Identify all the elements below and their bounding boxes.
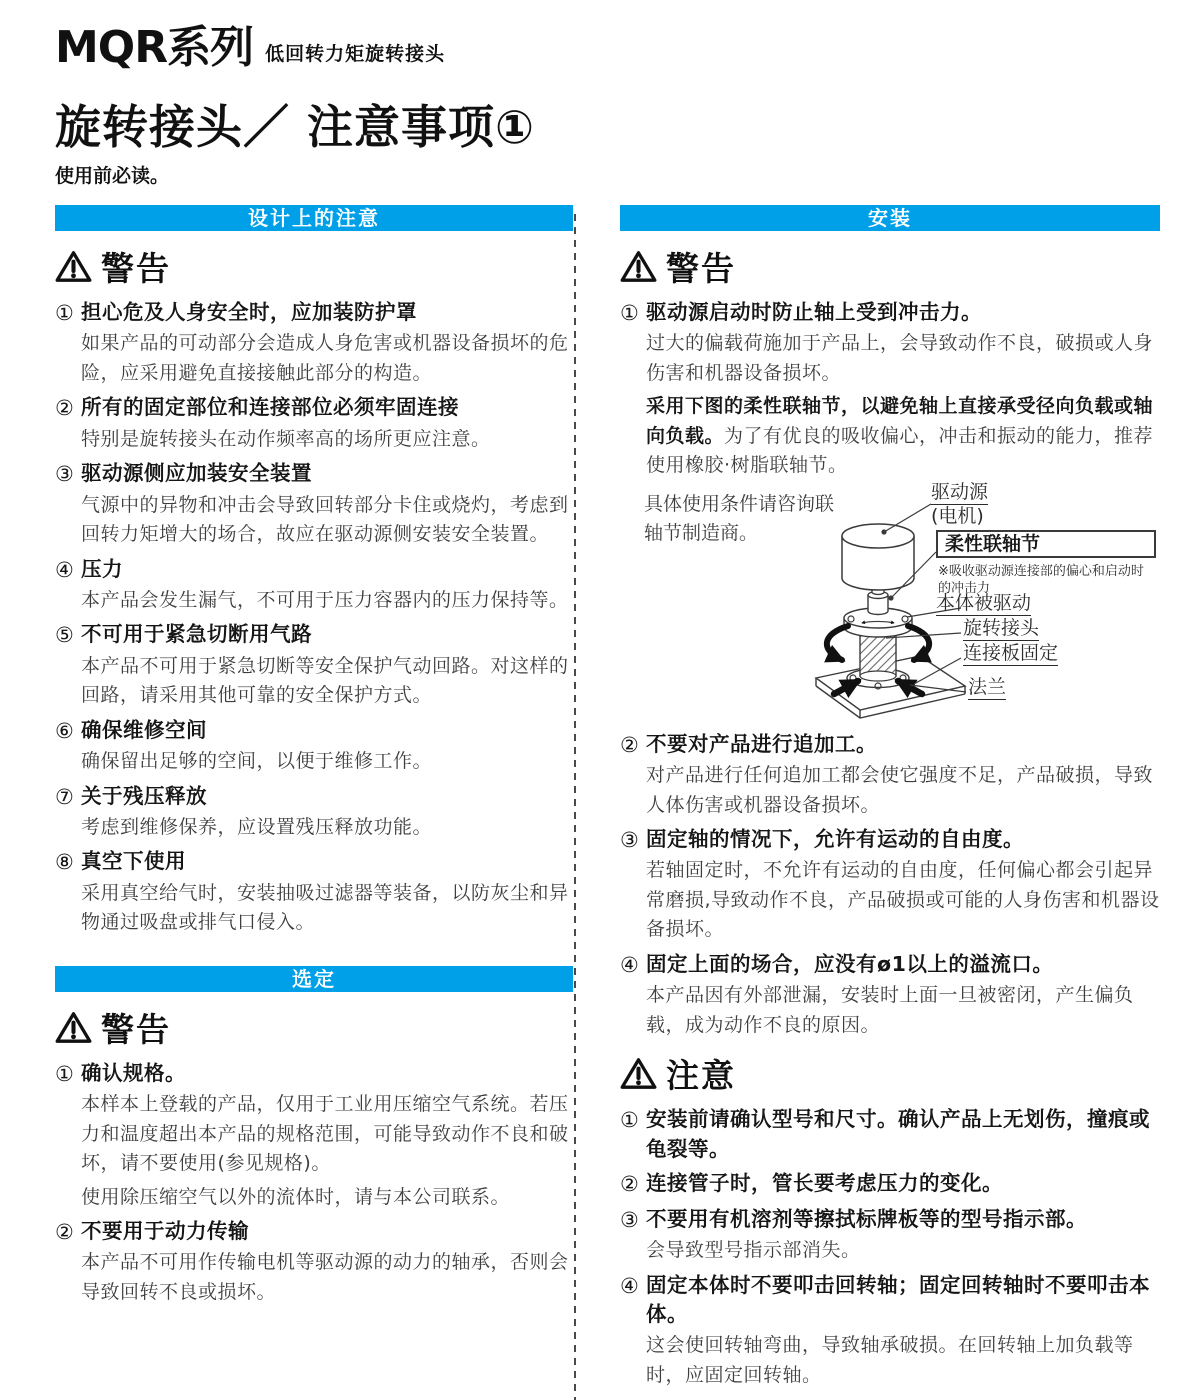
- item-number: ⑧: [55, 847, 81, 877]
- item-title: 固定轴的情况下，允许有运动的自由度。: [646, 825, 1160, 855]
- warning-triangle-icon: [620, 250, 657, 283]
- diagram-label-flexible-coupling: 柔性联轴节: [936, 530, 1156, 558]
- catalog-page: MQR系列 低回转力矩旋转接头 旋转接头／ 注意事项① 使用前必读。 设计上的注…: [0, 0, 1200, 1400]
- item-body: 本产品不可用作传输电机等驱动源的动力的轴承，否则会导致回转不良或损坏。: [81, 1248, 573, 1307]
- diagram-label-motor: (电机): [931, 505, 984, 528]
- column-divider: [574, 214, 576, 1400]
- left-column: 设计上的注意 警告 ①担心危及人身安全时，应加装防护罩 如果产品的可动部分会造成…: [55, 205, 573, 1312]
- item-number: ①: [620, 1105, 646, 1135]
- warning-heading-design: 警告: [55, 243, 573, 290]
- notice-item: ③不要用有机溶剂等擦拭标牌板等的型号指示部。 会导致型号指示部消失。: [620, 1205, 1160, 1266]
- warning-label: 警告: [666, 243, 736, 290]
- item-body: 使用除压缩空气以外的流体时，请与本公司联系。: [81, 1183, 573, 1212]
- item-body: 这会使回转轴弯曲，导致轴承破损。在回转轴上加负载等时，应固定回转轴。: [646, 1331, 1160, 1390]
- notice-item: ②连接管子时，管长要考虑压力的变化。: [620, 1169, 1160, 1199]
- item-title: 不可用于紧急切断用气路: [81, 620, 573, 650]
- page-header: MQR系列 低回转力矩旋转接头 旋转接头／ 注意事项① 使用前必读。: [55, 26, 1155, 188]
- item-title: 压力: [81, 555, 573, 585]
- item-title: 真空下使用: [81, 847, 573, 877]
- item-number: ③: [620, 1205, 646, 1235]
- notice-item: ②所有的固定部位和连接部位必须牢固连接 特别是旋转接头在动作频率高的场所更应注意…: [55, 393, 573, 454]
- item-body: 若轴固定时，不允许有运动的自由度，任何偏心都会引起异常磨损,导致动作不良，产品破…: [646, 856, 1160, 944]
- notice-item: ①担心危及人身安全时，应加装防护罩 如果产品的可动部分会造成人身危害或机器设备损…: [55, 298, 573, 388]
- section-header-design: 设计上的注意: [55, 205, 573, 231]
- item-body: 如果产品的可动部分会造成人身危害或机器设备损坏的危险，应采用避免直接接触此部分的…: [81, 329, 573, 388]
- item-number: ④: [620, 950, 646, 980]
- item-body: 对产品进行任何追加工都会使它强度不足，产品破损，导致人体伤害或机器设备损坏。: [646, 761, 1160, 820]
- notice-item: ①驱动源启动时防止轴上受到冲击力。 过大的偏载荷施加于产品上，会导致动作不良，破…: [620, 298, 1160, 481]
- notice-item: ①安装前请确认型号和尺寸。确认产品上无划伤，撞痕或龟裂等。: [620, 1105, 1160, 1164]
- item-body: 会导致型号指示部消失。: [646, 1236, 1160, 1265]
- must-read-note: 使用前必读。: [55, 161, 1155, 188]
- item-title: 驱动源启动时防止轴上受到冲击力。: [646, 298, 1160, 328]
- item-body: 考虑到维修保养，应设置残压释放功能。: [81, 813, 573, 842]
- item-body: 确保留出足够的空间，以便于维修工作。: [81, 747, 573, 776]
- item-number: ②: [620, 730, 646, 760]
- coupling-diagram: 具体使用条件请咨询联轴节制造商。: [620, 486, 1160, 720]
- item-title: 不要对产品进行追加工。: [646, 730, 1160, 760]
- item-number: ⑦: [55, 782, 81, 812]
- notice-item: ⑤不可用于紧急切断用气路 本产品不可用于紧急切断等安全保护气动回路。对这样的回路…: [55, 620, 573, 710]
- item-number: ③: [55, 459, 81, 489]
- warning-triangle-icon: [620, 1057, 657, 1090]
- item-number: ④: [55, 555, 81, 585]
- item-body: 本产品因有外部泄漏，安装时上面一旦被密闭，产生偏负载，成为动作不良的原因。: [646, 981, 1160, 1040]
- item-body: 气源中的异物和冲击会导致回转部分卡住或烧灼，考虑到回转力矩增大的场合，故应在驱动…: [81, 491, 573, 550]
- item-title: 连接管子时，管长要考虑压力的变化。: [646, 1169, 1160, 1199]
- item-body: 特别是旋转接头在动作频率高的场所更应注意。: [81, 425, 573, 454]
- item-title: 所有的固定部位和连接部位必须牢固连接: [81, 393, 573, 423]
- section-header-selection: 选定: [55, 966, 573, 992]
- series-line: MQR系列 低回转力矩旋转接头: [55, 26, 1155, 70]
- item-title: 安装前请确认型号和尺寸。确认产品上无划伤，撞痕或龟裂等。: [646, 1105, 1160, 1164]
- diagram-label-drive-source: 驱动源: [931, 481, 988, 506]
- item-title: 确认规格。: [81, 1059, 573, 1089]
- item-number: ①: [55, 298, 81, 328]
- item-number: ⑥: [55, 716, 81, 746]
- page-title: 旋转接头／ 注意事项①: [55, 102, 1155, 153]
- item-title: 驱动源侧应加装安全装置: [81, 459, 573, 489]
- item-number: ②: [55, 1217, 81, 1247]
- notice-item: ④固定上面的场合，应没有ø1以上的溢流口。 本产品因有外部泄漏，安装时上面一旦被…: [620, 950, 1160, 1040]
- diagram-label-plate-fix: 连接板固定: [963, 642, 1058, 667]
- warning-triangle-icon: [55, 1011, 92, 1044]
- caution-label: 注意: [666, 1050, 736, 1097]
- notice-item: ④压力 本产品会发生漏气，不可用于压力容器内的压力保持等。: [55, 555, 573, 616]
- notice-item: ⑧真空下使用 采用真空给气时，安装抽吸过滤器等装备，以防灰尘和异物通过吸盘或排气…: [55, 847, 573, 937]
- notice-item: ①确认规格。 本样本上登载的产品，仅用于工业用压缩空气系统。若压力和温度超出本产…: [55, 1059, 573, 1212]
- item-number: ④: [620, 1271, 646, 1301]
- item-number: ①: [620, 298, 646, 328]
- diagram-label-flange: 法兰: [968, 676, 1006, 701]
- warning-triangle-icon: [55, 250, 92, 283]
- item-number: ①: [55, 1059, 81, 1089]
- item-body: 采用下图的柔性联轴节，以避免轴上直接承受径向负载或轴向负载。为了有优良的吸收偏心…: [646, 392, 1160, 480]
- item-body: 本样本上登载的产品，仅用于工业用压缩空气系统。若压力和温度超出本产品的规格范围，…: [81, 1090, 573, 1178]
- item-body: 过大的偏载荷施加于产品上，会导致动作不良，破损或人身伤害和机器设备损坏。: [646, 329, 1160, 388]
- series-title: MQR系列: [55, 26, 253, 70]
- notice-item: ⑥确保维修空间 确保留出足够的空间，以便于维修工作。: [55, 716, 573, 777]
- diagram-label-body-driven: 本体被驱动: [936, 592, 1031, 617]
- item-title: 担心危及人身安全时，应加装防护罩: [81, 298, 573, 328]
- warning-heading-selection: 警告: [55, 1004, 573, 1051]
- item-number: ③: [620, 825, 646, 855]
- item-number: ②: [620, 1169, 646, 1199]
- section-header-mounting: 安装: [620, 205, 1160, 231]
- item-title: 确保维修空间: [81, 716, 573, 746]
- item-title: 固定上面的场合，应没有ø1以上的溢流口。: [646, 950, 1160, 980]
- right-column: 安装 警告 ①驱动源启动时防止轴上受到冲击力。 过大的偏载荷施加于产品上，会导致…: [620, 205, 1160, 1395]
- notice-item: ④固定本体时不要叩击回转轴；固定回转轴时不要叩击本体。 这会使回转轴弯曲，导致轴…: [620, 1271, 1160, 1390]
- notice-item: ②不要用于动力传输 本产品不可用作传输电机等驱动源的动力的轴承，否则会导致回转不…: [55, 1217, 573, 1307]
- item-number: ⑤: [55, 620, 81, 650]
- series-subtitle: 低回转力矩旋转接头: [265, 39, 445, 70]
- coupling-diagram-drawing: [620, 486, 1160, 720]
- warning-label: 警告: [101, 243, 171, 290]
- diagram-label-rotary-joint: 旋转接头: [963, 617, 1039, 642]
- notice-item: ⑦关于残压释放 考虑到维修保养，应设置残压释放功能。: [55, 782, 573, 843]
- item-title: 关于残压释放: [81, 782, 573, 812]
- item-title: 不要用有机溶剂等擦拭标牌板等的型号指示部。: [646, 1205, 1160, 1235]
- item-number: ②: [55, 393, 81, 423]
- warning-label: 警告: [101, 1004, 171, 1051]
- item-title: 固定本体时不要叩击回转轴；固定回转轴时不要叩击本体。: [646, 1271, 1160, 1330]
- item-title: 不要用于动力传输: [81, 1217, 573, 1247]
- notice-item: ③固定轴的情况下，允许有运动的自由度。 若轴固定时，不允许有运动的自由度，任何偏…: [620, 825, 1160, 945]
- item-body: 本产品会发生漏气，不可用于压力容器内的压力保持等。: [81, 586, 573, 615]
- notice-item: ②不要对产品进行追加工。 对产品进行任何追加工都会使它强度不足，产品破损，导致人…: [620, 730, 1160, 820]
- item-body: 本产品不可用于紧急切断等安全保护气动回路。对这样的回路，请采用其他可靠的安全保护…: [81, 652, 573, 711]
- notice-item: ③驱动源侧应加装安全装置 气源中的异物和冲击会导致回转部分卡住或烧灼，考虑到回转…: [55, 459, 573, 549]
- warning-heading-mounting: 警告: [620, 243, 1160, 290]
- caution-heading: 注意: [620, 1050, 1160, 1097]
- item-body: 采用真空给气时，安装抽吸过滤器等装备，以防灰尘和异物通过吸盘或排气口侵入。: [81, 879, 573, 938]
